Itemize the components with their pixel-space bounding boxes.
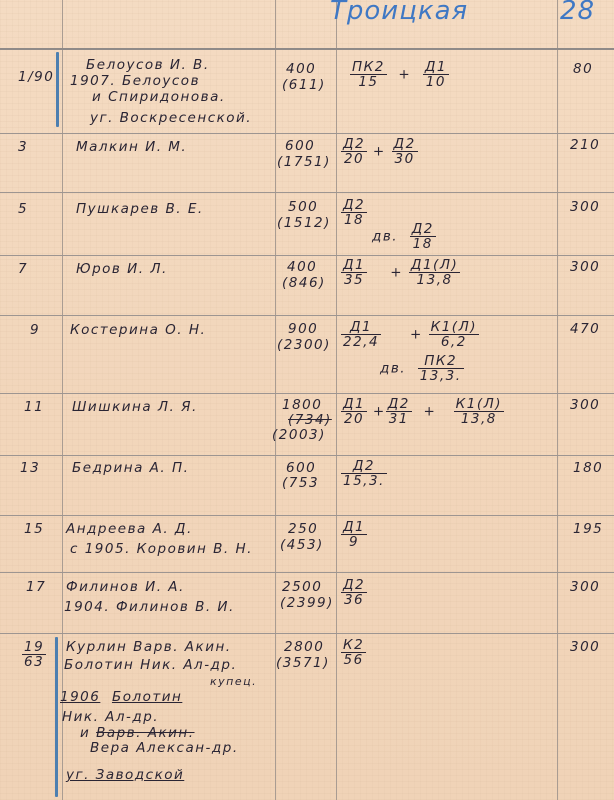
value: 300 — [570, 200, 600, 215]
value: 180 — [573, 461, 603, 476]
area: 900 — [288, 322, 318, 337]
value: 470 — [570, 322, 600, 337]
owner-line: Юров И. Л. — [76, 262, 168, 277]
row-rule — [0, 572, 614, 573]
building-formula: Д215,3. — [341, 459, 387, 488]
owner-line: и Спиридонова. — [92, 90, 226, 105]
area-alt: (611) — [282, 78, 326, 93]
area-alt: (753 — [282, 476, 319, 491]
building-formula: Д135 + Д1(Л)13,8 — [341, 258, 460, 287]
area-alt: (453) — [280, 538, 324, 553]
corner-note: уг. Заводской — [66, 768, 184, 783]
column-divider-owner — [275, 0, 276, 800]
lot-number: 5 — [18, 202, 28, 217]
owner-line: Костерина О. Н. — [70, 323, 206, 338]
row-rule — [0, 393, 614, 394]
owner-line: 1904. Филинов В. И. — [64, 600, 235, 615]
area-alt: (1512) — [277, 216, 331, 231]
building-outbuilding: дв. Д218 — [372, 222, 436, 251]
area-alt-struck: (734) — [288, 413, 332, 428]
owner-line: и Варв. Акин. — [80, 726, 195, 741]
lot-number: 7 — [18, 262, 28, 277]
building-formula: Д236 — [341, 578, 367, 607]
owner-line: 1907. Белоусов — [70, 74, 200, 89]
owner-year-successor: 1906 Болотин — [60, 690, 182, 705]
value: 195 — [573, 522, 603, 537]
row-rule — [0, 255, 614, 256]
area: 400 — [287, 260, 317, 275]
owner-line: Болотин Ник. Ал-др. — [64, 658, 237, 673]
owner-line: Андреева А. Д. — [66, 522, 193, 537]
lot-number: 1963 — [22, 640, 46, 669]
owner-line: Малкин И. М. — [76, 140, 187, 155]
owner-line: Пушкарев В. Е. — [76, 202, 204, 217]
owner-line: Ник. Ал-др. — [62, 710, 159, 725]
row-rule — [0, 192, 614, 193]
owner-line: Курлин Варв. Акин. — [66, 640, 232, 655]
row-rule — [0, 133, 614, 134]
area-alt: (846) — [282, 276, 326, 291]
row-rule — [0, 633, 614, 634]
lot-number: 9 — [30, 323, 40, 338]
owner-line: уг. Воскресенской. — [90, 111, 252, 126]
header-rule — [0, 48, 614, 50]
building-formula: Д120 +Д231 + К1(Л)13,8 — [341, 397, 504, 426]
blue-margin-mark — [55, 637, 58, 797]
value: 300 — [570, 640, 600, 655]
page-number: 28 — [560, 4, 595, 19]
value: 80 — [573, 62, 593, 77]
owner-line: с 1905. Коровин В. Н. — [70, 542, 253, 557]
value: 300 — [570, 398, 600, 413]
building-formula: Д220 + Д230 — [341, 137, 418, 166]
building-formula: Д218 — [341, 198, 367, 227]
area: 600 — [286, 461, 316, 476]
blue-margin-mark — [56, 52, 59, 127]
area: 400 — [286, 62, 316, 77]
lot-number: 17 — [26, 580, 46, 595]
owner-line: Бедрина А. П. — [72, 461, 189, 476]
area: 2500 — [282, 580, 322, 595]
owner-line: Шишкина Л. Я. — [72, 400, 198, 415]
value: 210 — [570, 138, 600, 153]
lot-number: 11 — [24, 400, 44, 415]
value: 300 — [570, 580, 600, 595]
owner-line: купец. — [210, 674, 257, 689]
column-divider-lot — [62, 0, 63, 800]
column-divider-area — [336, 0, 337, 800]
owner-line: Филинов И. А. — [66, 580, 185, 595]
lot-number: 3 — [18, 140, 28, 155]
owner-line: Вера Алексан-др. — [90, 741, 239, 756]
lot-number: 1/90 — [18, 70, 54, 85]
lot-number: 15 — [24, 522, 44, 537]
row-rule — [0, 455, 614, 456]
building-formula: К256 — [341, 638, 366, 667]
area: 600 — [285, 139, 315, 154]
building-formula: ПК215 + Д110 — [350, 60, 449, 89]
value: 300 — [570, 260, 600, 275]
street-name: Троицкая — [330, 4, 468, 19]
row-rule — [0, 315, 614, 316]
area: 250 — [288, 522, 318, 537]
area-alt: (2003) — [272, 428, 326, 443]
building-formula: Д19 — [341, 520, 367, 549]
owner-line: Белоусов И. В. — [86, 58, 210, 73]
area-alt: (2300) — [277, 338, 331, 353]
area: 2800 — [284, 640, 324, 655]
area-alt: (2399) — [280, 596, 334, 611]
area-alt: (3571) — [276, 656, 330, 671]
area: 500 — [288, 200, 318, 215]
building-outbuilding: дв. ПК213,3. — [380, 354, 464, 383]
lot-number: 13 — [20, 461, 40, 476]
area-alt: (1751) — [277, 155, 331, 170]
row-rule — [0, 515, 614, 516]
building-formula: Д122,4 + К1(Л)6,2 — [341, 320, 479, 349]
area: 1800 — [282, 398, 322, 413]
column-divider-building — [557, 0, 558, 800]
